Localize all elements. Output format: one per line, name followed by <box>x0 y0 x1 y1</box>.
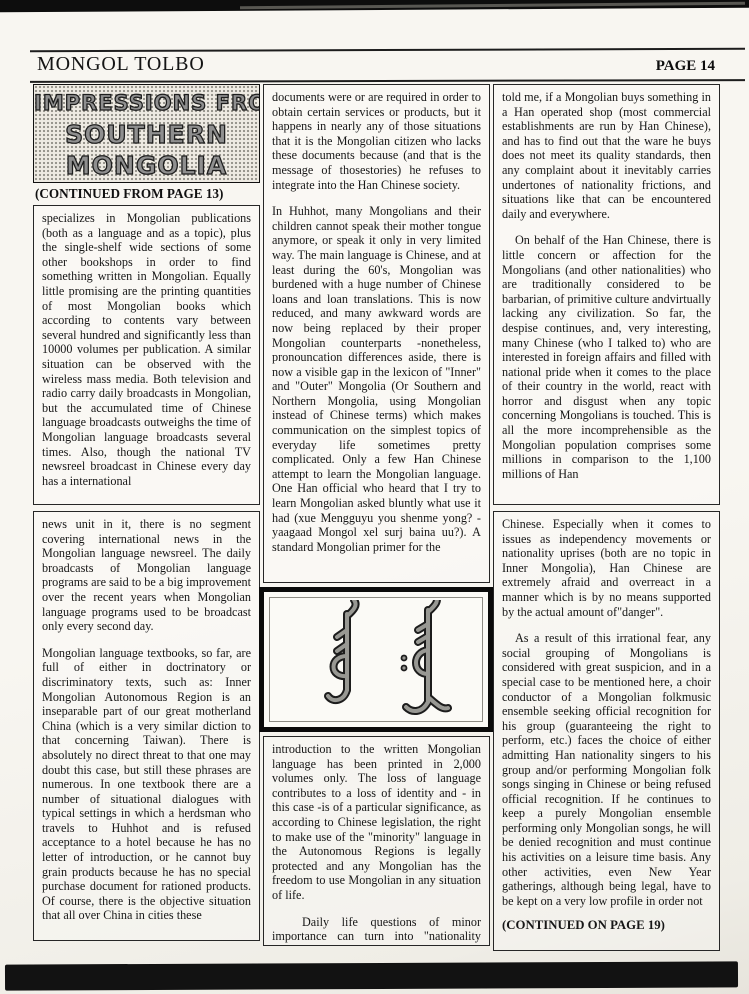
col1-text-block-2: news unit in it, there is no segment cov… <box>33 511 260 941</box>
paragraph: Chinese. Especially when it comes to iss… <box>502 517 711 619</box>
script-dots <box>401 654 408 671</box>
scan-edge-bottom <box>5 961 738 990</box>
paragraph: told me, if a Mongolian buys something i… <box>502 90 711 221</box>
mongolian-script-figure-inner <box>269 597 483 722</box>
newsletter-title: MONGOL TOLBO <box>37 53 205 76</box>
masthead-rule-bottom <box>30 79 745 83</box>
paragraph: On behalf of the Han Chinese, there is l… <box>502 233 711 481</box>
col3-text-block-1: told me, if a Mongolian buys something i… <box>493 84 720 505</box>
col2-text-block-2: introduction to the written Mongolian la… <box>263 736 490 946</box>
paragraph: As a result of this irrational fear, any… <box>502 631 711 908</box>
paragraph: documents were or are required in order … <box>272 90 481 192</box>
col3-text-block-2: Chinese. Especially when it comes to iss… <box>493 511 720 951</box>
paragraph: Daily life questions of minor importance… <box>272 915 481 946</box>
mongolian-script-svg <box>280 600 472 720</box>
headline-line-3: MONGOLIA <box>34 150 259 181</box>
column-1: IMPRESSIONS FROM SOUTHERN MONGOLIA (CONT… <box>33 84 260 951</box>
masthead-rule-top <box>30 48 745 52</box>
script-word-right <box>406 600 448 711</box>
continued-on-note: (CONTINUED ON PAGE 19) <box>502 918 711 933</box>
page-number: PAGE 14 <box>656 58 715 75</box>
col2-text-block-1: documents were or are required in order … <box>263 84 490 583</box>
continued-from-note: (CONTINUED FROM PAGE 13) <box>33 183 260 205</box>
paragraph: news unit in it, there is no segment cov… <box>42 517 251 634</box>
column-2: documents were or are required in order … <box>263 84 490 951</box>
headline-line-1: IMPRESSIONS FROM <box>34 88 259 119</box>
col1-text-block-1: specializes in Mongolian publications (b… <box>33 205 260 505</box>
paragraph: In Huhhot, many Mongolians and their chi… <box>272 204 481 554</box>
mongolian-script-figure <box>259 587 493 732</box>
article-headline-banner: IMPRESSIONS FROM SOUTHERN MONGOLIA <box>33 84 260 183</box>
headline-line-2: SOUTHERN <box>34 119 259 150</box>
paragraph: specializes in Mongolian publications (b… <box>42 211 251 488</box>
newsletter-page: MONGOL TOLBO PAGE 14 IMPRESSIONS FROM SO… <box>0 0 749 994</box>
paragraph: Mongolian language textbooks, so far, ar… <box>42 646 251 923</box>
paragraph: introduction to the written Mongolian la… <box>272 742 481 903</box>
article-columns: IMPRESSIONS FROM SOUTHERN MONGOLIA (CONT… <box>33 84 720 951</box>
masthead: MONGOL TOLBO PAGE 14 <box>37 53 715 76</box>
column-3: told me, if a Mongolian buys something i… <box>493 84 720 951</box>
